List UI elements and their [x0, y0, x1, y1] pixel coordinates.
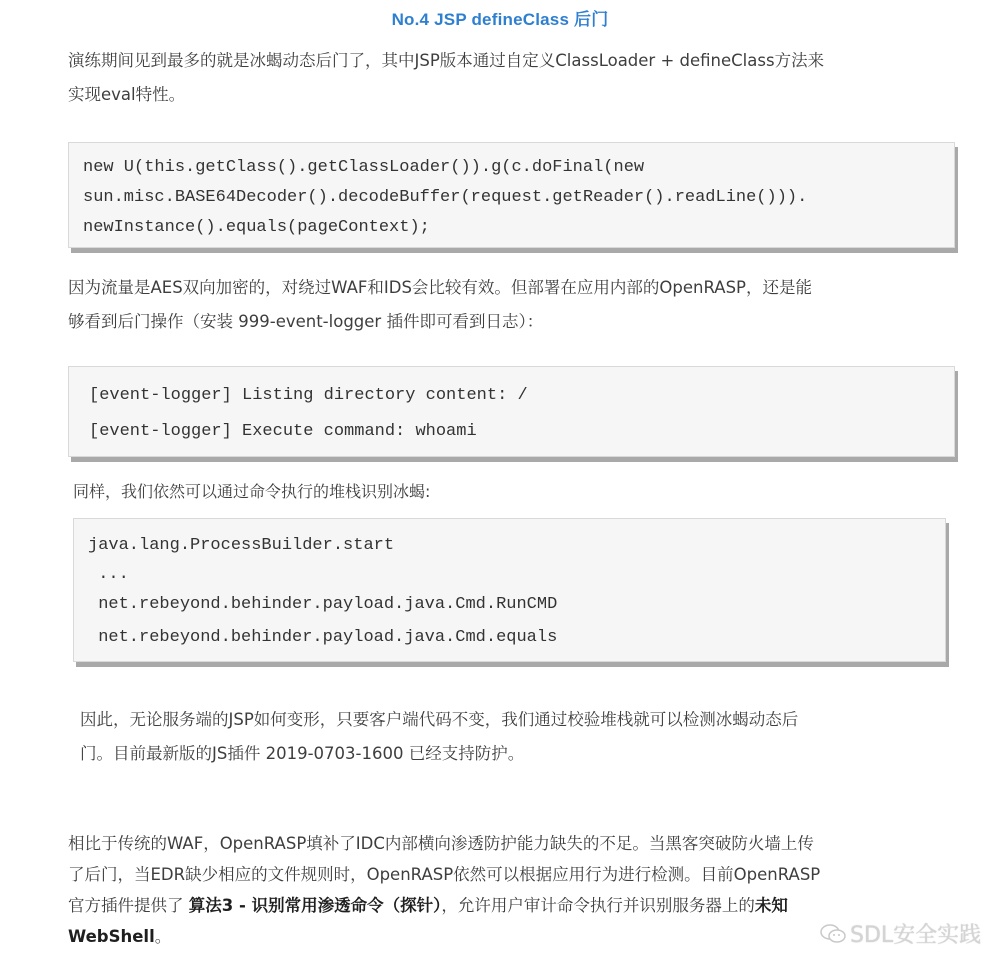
stack-line: net.rebeyond.behinder.payload.java.Cmd.e… [88, 621, 945, 654]
text-line: 因此，无论服务端的JSP如何变形，只要客户端代码不变，我们通过校验堆栈就可以检测… [80, 710, 798, 729]
intro-paragraph: 演练期间见到最多的就是冰蝎动态后门了，其中JSP版本通过自定义ClassLoad… [68, 44, 824, 112]
text-line: 相比于传统的WAF，OpenRASP填补了IDC内部横向渗透防护能力缺失的不足。… [68, 834, 814, 853]
text-line: 官方插件提供了 [68, 896, 189, 915]
algorithm-name: 算法3 - 识别常用渗透命令（探针） [189, 896, 442, 915]
text-line: 因为流量是AES双向加密的，对绕过WAF和IDS会比较有效。但部署在应用内部的O… [68, 278, 812, 297]
stack-line: ... [88, 562, 945, 588]
text-line: 。 [155, 927, 172, 946]
watermark-text: SDL安全实践 [850, 918, 981, 949]
stack-line: java.lang.ProcessBuilder.start [88, 529, 945, 562]
code-line: sun.misc.BASE64Decoder().decodeBuffer(re… [83, 183, 954, 213]
text-line: 了后门，当EDR缺少相应的文件规则时，OpenRASP依然可以根据应用行为进行检… [68, 865, 820, 884]
stack-trace-code-block: java.lang.ProcessBuilder.start ... net.r… [73, 518, 946, 662]
openrasp-paragraph: 因为流量是AES双向加密的，对绕过WAF和IDS会比较有效。但部署在应用内部的O… [68, 271, 812, 339]
event-log-code-block: [event-logger] Listing directory content… [68, 366, 955, 457]
emphasis-unknown: 未知 [755, 896, 788, 915]
payload-code-block: new U(this.getClass().getClassLoader()).… [68, 142, 955, 248]
code-line: new U(this.getClass().getClassLoader()).… [83, 153, 954, 183]
stack-line: net.rebeyond.behinder.payload.java.Cmd.R… [88, 588, 945, 621]
section-heading: No.4 JSP defineClass 后门 [0, 5, 1000, 30]
watermark: SDL安全实践 [820, 918, 981, 949]
text-line: 实现eval特性。 [68, 85, 185, 104]
code-line: newInstance().equals(pageContext); [83, 213, 954, 243]
stack-intro-paragraph: 同样，我们依然可以通过命令执行的堆栈识别冰蝎: [73, 475, 430, 509]
log-line: [event-logger] Listing directory content… [89, 378, 954, 414]
emphasis-webshell: WebShell [68, 927, 155, 946]
text-line: ，允许用户审计命令执行并识别服务器上的 [441, 896, 755, 915]
text-line: 够看到后门操作（安装 999-event-logger 插件即可看到日志）： [68, 312, 543, 331]
text-line: 演练期间见到最多的就是冰蝎动态后门了，其中JSP版本通过自定义ClassLoad… [68, 51, 824, 70]
summary-paragraph: 相比于传统的WAF，OpenRASP填补了IDC内部横向渗透防护能力缺失的不足。… [68, 828, 820, 952]
log-line: [event-logger] Execute command: whoami [89, 414, 954, 450]
text-line: 门。目前最新版的JS插件 2019-0703-1600 已经支持防护。 [80, 744, 524, 763]
conclusion-paragraph: 因此，无论服务端的JSP如何变形，只要客户端代码不变，我们通过校验堆栈就可以检测… [80, 703, 798, 771]
wechat-icon [820, 923, 846, 945]
